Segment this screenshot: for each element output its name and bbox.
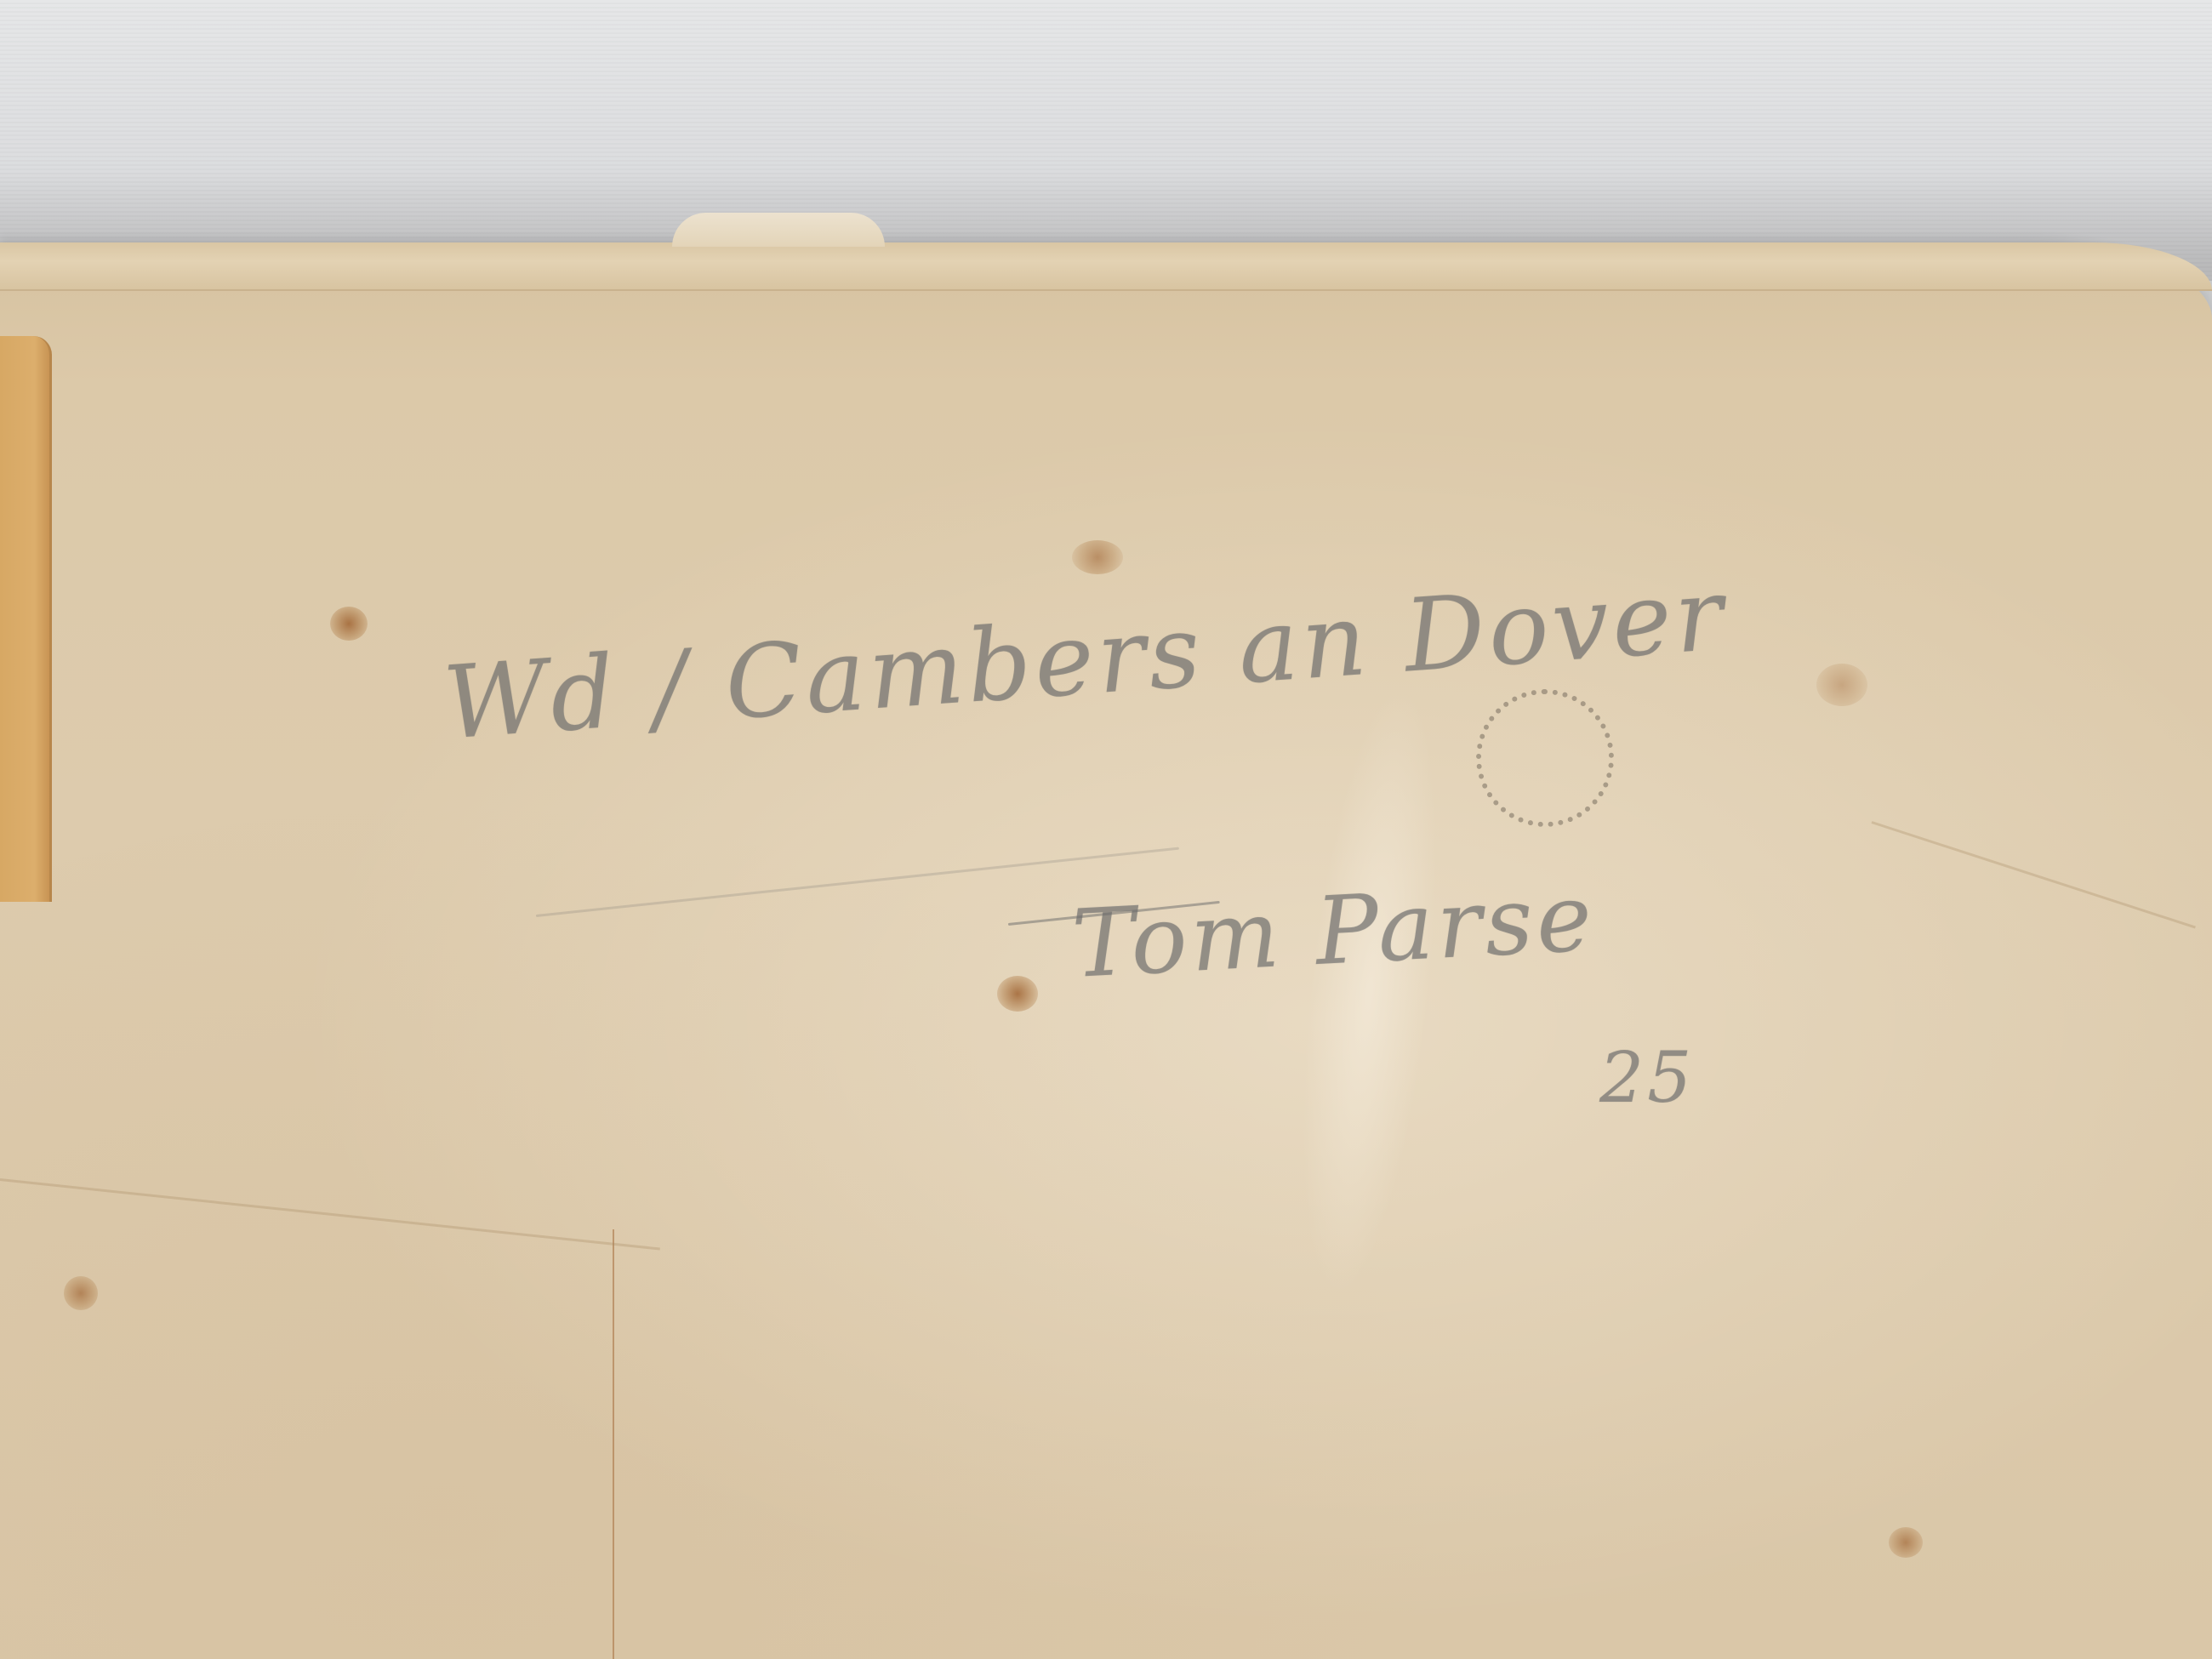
faded-area [1279, 681, 1461, 1303]
stamp-mark [1476, 689, 1614, 827]
paper-sheet: Wd / Cambers an Dover Tom Parse 25 [0, 242, 2212, 1659]
background-surface [0, 0, 2212, 281]
fold-line [613, 1229, 614, 1659]
inscription-line-2: Tom Parse [1069, 863, 1598, 999]
inscription-number: 25 [1599, 1038, 1695, 1119]
foxing-stain [1072, 540, 1123, 574]
foxing-stain [1816, 664, 1867, 706]
paper-top-edge [0, 242, 2212, 291]
crease [1872, 821, 2196, 928]
foxing-stain [997, 976, 1038, 1012]
foxing-stain [1889, 1527, 1923, 1558]
tape-strip [0, 336, 52, 902]
foxing-stain [330, 607, 368, 641]
crease [0, 1178, 660, 1251]
torn-edge-tab [672, 213, 885, 247]
foxing-stain [64, 1276, 98, 1310]
photo-scene: Wd / Cambers an Dover Tom Parse 25 [0, 0, 2212, 1659]
